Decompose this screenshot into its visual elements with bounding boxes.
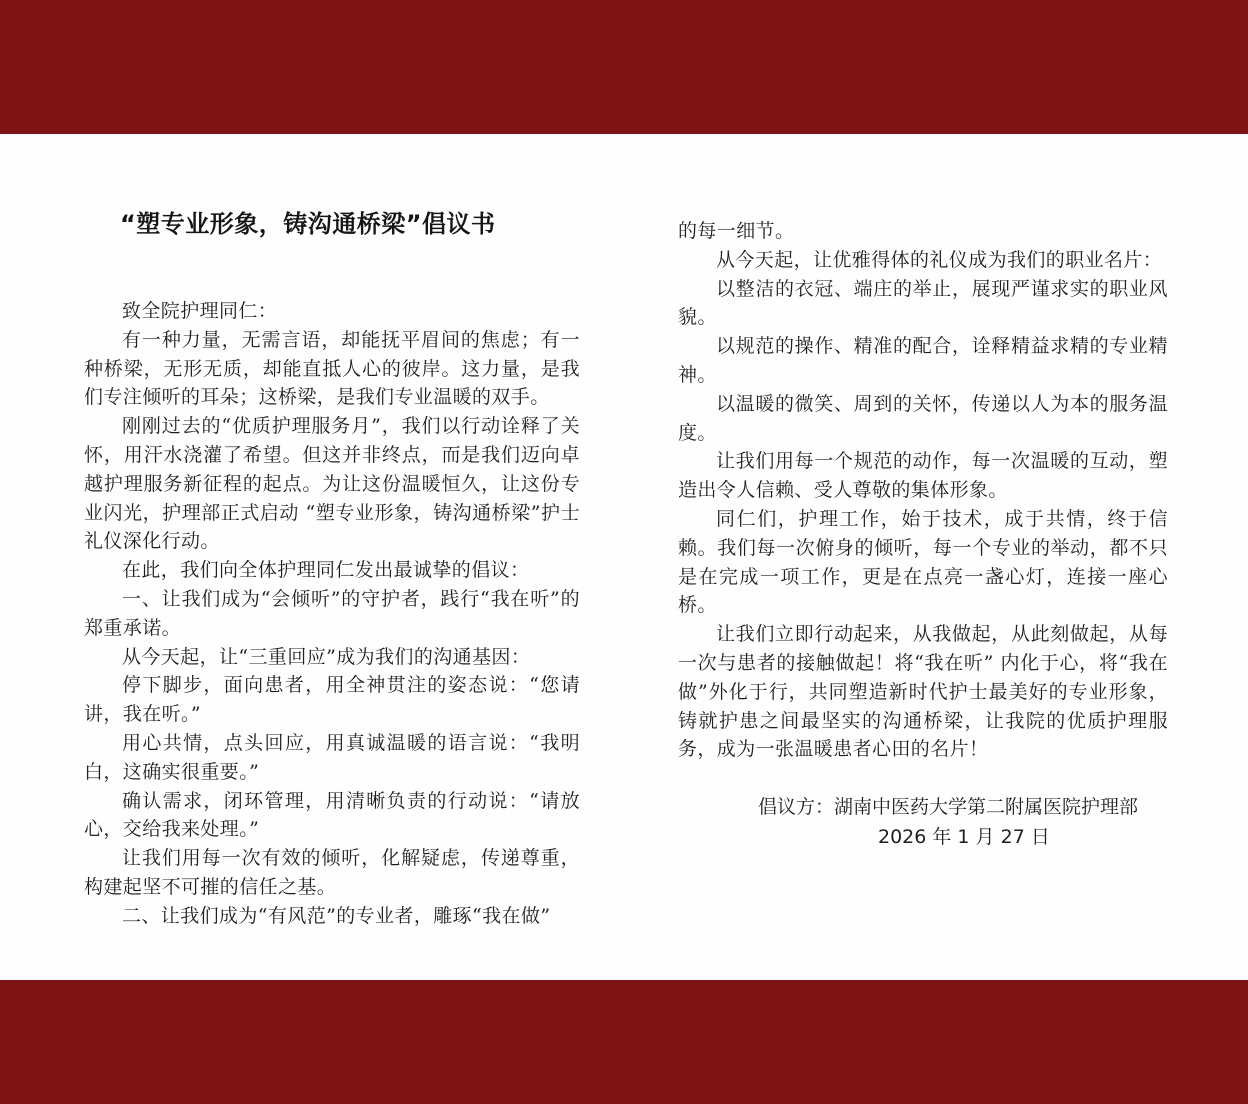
paragraph: 确认需求，闭环管理，用清晰负责的行动说：“请放心，交给我来处理。”: [84, 787, 580, 845]
paragraph: 在此，我们向全体护理同仁发出最诚挚的倡议：: [84, 556, 580, 585]
document-title: “塑专业形象，铸沟通桥梁”倡议书: [120, 204, 560, 239]
paragraph: 以规范的操作、精准的配合，诠释精益求精的专业精神。: [678, 332, 1168, 390]
paragraph: 以整洁的衣冠、端庄的举止，展现严谨求实的职业风貌。: [678, 275, 1168, 333]
paragraph: 一、让我们成为“会倾听”的守护者，践行“我在听”的郑重承诺。: [84, 585, 580, 643]
top-red-band: [0, 0, 1248, 134]
paragraph: 同仁们，护理工作，始于技术，成于共情，终于信赖。我们每一次俯身的倾听，每一个专业…: [678, 505, 1168, 620]
paragraph: 有一种力量，无需言语，却能抚平眉间的焦虑；有一种桥梁，无形无质，却能直抵人心的彼…: [84, 326, 580, 412]
paragraph: 让我们立即行动起来，从我做起，从此刻做起，从每一次与患者的接触做起！将“我在听”…: [678, 620, 1168, 764]
bottom-red-band: [0, 980, 1248, 1104]
signature-organization: 倡议方：湖南中医药大学第二附属医院护理部: [758, 792, 1178, 822]
document-page: “塑专业形象，铸沟通桥梁”倡议书 致全院护理同仁： 有一种力量，无需言语，却能抚…: [0, 134, 1248, 980]
signature-date: 2026 年 1 月 27 日: [758, 822, 1178, 852]
paragraph: 从今天起，让“三重回应”成为我们的沟通基因：: [84, 643, 580, 672]
paragraph: 刚刚过去的“优质护理服务月”，我们以行动诠释了关怀，用汗水浇灌了希望。但这并非终…: [84, 412, 580, 556]
paragraph: 让我们用每一个规范的动作，每一次温暖的互动，塑造出令人信赖、受人尊敬的集体形象。: [678, 447, 1168, 505]
paragraph: 以温暖的微笑、周到的关怀，传递以人为本的服务温度。: [678, 390, 1168, 448]
paragraph: 二、让我们成为“有风范”的专业者，雕琢“我在做”: [84, 902, 580, 931]
signature-block: 倡议方：湖南中医药大学第二附属医院护理部 2026 年 1 月 27 日: [758, 792, 1178, 852]
paragraph: 从今天起，让优雅得体的礼仪成为我们的职业名片：: [678, 246, 1168, 275]
left-column: 致全院护理同仁： 有一种力量，无需言语，却能抚平眉间的焦虑；有一种桥梁，无形无质…: [84, 297, 580, 931]
paragraph: 让我们用每一次有效的倾听，化解疑虑，传递尊重，构建起坚不可摧的信任之基。: [84, 844, 580, 902]
paragraph: 停下脚步，面向患者，用全神贯注的姿态说：“您请讲，我在听。”: [84, 671, 580, 729]
paragraph-continuation: 的每一细节。: [678, 217, 1168, 246]
salutation: 致全院护理同仁：: [122, 297, 580, 326]
right-column: 的每一细节。 从今天起，让优雅得体的礼仪成为我们的职业名片： 以整洁的衣冠、端庄…: [678, 217, 1168, 764]
paragraph: 用心共情，点头回应，用真诚温暖的语言说：“我明白，这确实很重要。”: [84, 729, 580, 787]
